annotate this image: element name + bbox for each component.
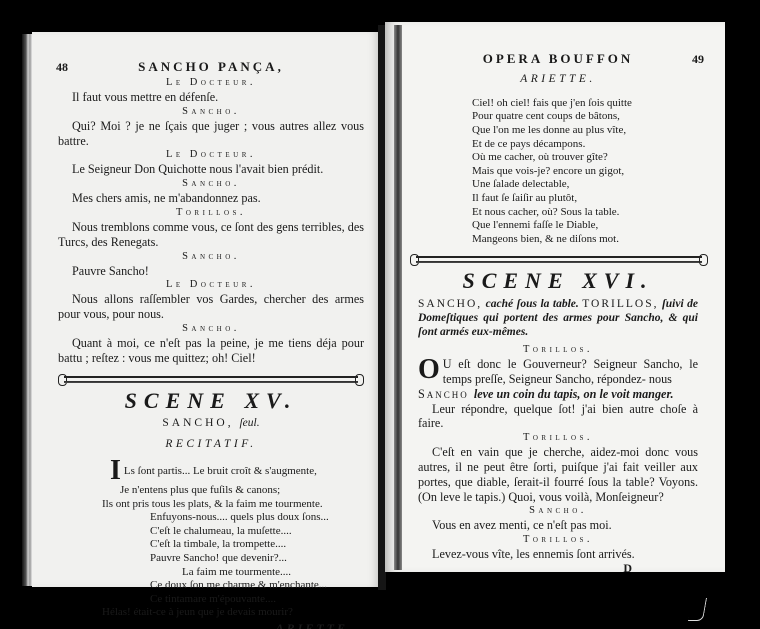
- right-page-content: OPERA BOUFFON 49 ARIETTE. Ciel! oh ciel!…: [418, 52, 698, 575]
- ornamental-rule: [410, 254, 708, 264]
- verse-line: Et de ce pays décampons.: [472, 138, 698, 152]
- verse-line: Ce tintamare m'épouvante....: [150, 593, 364, 607]
- scene-title: SCENE XV.: [58, 394, 364, 409]
- cast-note: ſeul.: [239, 417, 259, 429]
- cast-name: SANCHO,: [162, 417, 233, 429]
- verse-line: Je n'entens plus que fuſils & canons;: [120, 484, 364, 498]
- verse-line: ILs ſont partis... Le bruit croît & s'au…: [110, 458, 364, 484]
- speech: Pauvre Sancho!: [58, 264, 364, 279]
- running-head: OPERA BOUFFON 49: [418, 52, 698, 68]
- verse-line: Une ſalade delectable,: [472, 178, 698, 192]
- stage-text: leve un coin du tapis, on le voit manger…: [474, 387, 674, 401]
- speech: Nous allons raſſembler vos Gardes, cherc…: [58, 292, 364, 322]
- speaker-name: Le Docteur.: [58, 76, 364, 90]
- verse-line: C'eſt le chalumeau, la muſette....: [150, 525, 364, 539]
- speech: Mes chers amis, ne m'abandonnez pas.: [58, 191, 364, 206]
- verse-line: Mangeons bien, & ne diſons mot.: [472, 233, 698, 247]
- speaker-name: Torillos.: [418, 533, 698, 547]
- speaker-name: Sancho.: [58, 177, 364, 191]
- cast-torillos: TORILLOS,: [582, 298, 658, 310]
- speaker-name: Torillos.: [418, 343, 698, 357]
- ornamental-rule: [58, 374, 364, 384]
- speech: Le Seigneur Don Quichotte nous l'avait b…: [58, 162, 364, 177]
- signature-mark: D: [418, 562, 698, 575]
- catchword: ARIETTE.: [58, 621, 364, 629]
- stage-speaker: Sancho: [418, 387, 474, 401]
- scene-title: SCENE XVI.: [418, 274, 698, 289]
- speaker-name: Sancho.: [418, 504, 698, 518]
- running-head: 48 SANCHO PANÇA,: [58, 60, 364, 76]
- section-label: ARIETTE.: [418, 72, 698, 87]
- binding-shadow: [394, 25, 402, 570]
- speech: Qui? Moi ? je ne ſçais que juger ; vous …: [58, 119, 364, 149]
- book-spread: 48 SANCHO PANÇA, Le Docteur.Il faut vous…: [0, 0, 760, 629]
- speech: Vous en avez menti, ce n'eſt pas moi.: [418, 518, 698, 533]
- verse-line: Ce doux ſon me charme & m'enchante...: [150, 579, 364, 593]
- verse-line: Ils ont pris tous les plats, & la faim m…: [102, 498, 364, 512]
- speaker-name: Sancho.: [58, 105, 364, 119]
- verse-line: Pour quatre cent coups de bâtons,: [472, 110, 698, 124]
- cast-sancho: SANCHO,: [418, 298, 482, 310]
- page-number: 48: [56, 60, 68, 75]
- speech: Il faut vous mettre en défenſe.: [58, 90, 364, 105]
- dialogue: Le Docteur.Il faut vous mettre en défenſ…: [58, 76, 364, 366]
- scan-artifact-curl: [688, 598, 707, 621]
- verse-line: Que l'on me les donne au plus vîte,: [472, 124, 698, 138]
- verse-line: Enfuyons-nous.... quels plus doux ſons..…: [150, 511, 364, 525]
- stage-direction: Sancho leve un coin du tapis, on le voit…: [418, 387, 698, 402]
- page-number: 49: [692, 52, 704, 67]
- scene-direction: SANCHO, caché ſous la table. TORILLOS, ſ…: [418, 297, 698, 339]
- recitatif-verse: ILs ſont partis... Le bruit croît & s'au…: [58, 458, 364, 620]
- verse-line: La faim me tourmente....: [182, 566, 364, 580]
- speech: Nous tremblons comme vous, ce ſont des g…: [58, 220, 364, 250]
- cast-sancho-note: caché ſous la table.: [486, 298, 579, 310]
- verse-line: Où me cacher, où trouver gîte?: [472, 151, 698, 165]
- speaker-name: Le Docteur.: [58, 278, 364, 292]
- verse-line: Pauvre Sancho! que devenir?...: [150, 552, 364, 566]
- speech: Leur répondre, quelque ſot! j'ai bien au…: [418, 402, 698, 432]
- scene-cast: SANCHO, ſeul.: [58, 416, 364, 431]
- drop-cap: I: [110, 459, 121, 483]
- left-page-content: 48 SANCHO PANÇA, Le Docteur.Il faut vous…: [58, 60, 364, 629]
- speaker-name: Torillos.: [418, 431, 698, 445]
- speaker-name: Sancho.: [58, 250, 364, 264]
- speaker-name: Sancho.: [58, 322, 364, 336]
- verse-line: Mais que vois-je? encore un gigot,: [472, 165, 698, 179]
- verse-line: Il faut ſe ſaiſir au plutôt,: [472, 192, 698, 206]
- speaker-name: Le Docteur.: [58, 148, 364, 162]
- speech: Quant à moi, ce n'eſt pas la peine, je m…: [58, 336, 364, 366]
- running-head-title: SANCHO PANÇA,: [138, 59, 284, 74]
- speaker-name: Torillos.: [58, 206, 364, 220]
- drop-cap: O: [418, 358, 440, 382]
- section-label: RECITATIF.: [58, 437, 364, 452]
- ariette-verse: Ciel! oh ciel! fais que j'en ſois quitte…: [418, 97, 698, 247]
- dialogue: Torillos.OU eſt donc le Gouverneur? Seig…: [418, 343, 698, 562]
- verse-line: C'eſt la timbale, la trompette....: [150, 538, 364, 552]
- running-head-title: OPERA BOUFFON: [483, 51, 634, 66]
- speech: C'eſt en vain que je cherche, aidez-moi …: [418, 445, 698, 504]
- speech: OU eſt donc le Gouverneur? Seigneur Sanc…: [418, 357, 698, 387]
- verse-line: Et nous cacher, où? Sous la table.: [472, 206, 698, 220]
- speech: Levez-vous vîte, les ennemis ſont arrivé…: [418, 547, 698, 562]
- verse-line: Que l'ennemi faſſe le Diable,: [472, 219, 698, 233]
- verse-line: Hélas! était-ce à jeun que je devais mou…: [102, 606, 364, 620]
- verse-line: Ciel! oh ciel! fais que j'en ſois quitte: [472, 97, 698, 111]
